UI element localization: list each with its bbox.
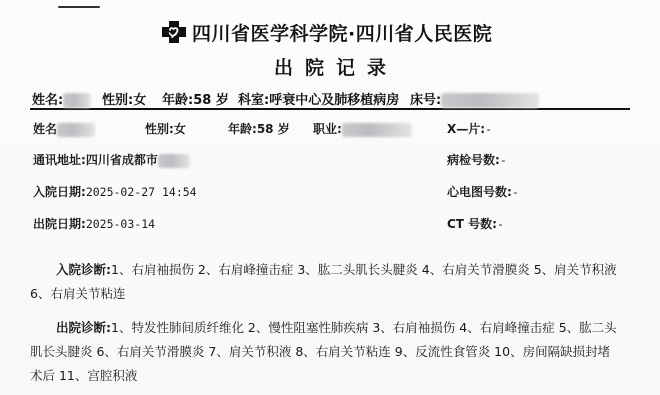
info-occupation: 职业:: [313, 120, 412, 137]
summary-name-label: 姓名:: [32, 93, 63, 108]
info-xray: X—片:-: [447, 120, 492, 137]
info-name: 姓名: [33, 120, 95, 137]
name-redacted: [57, 123, 95, 137]
discharge-diagnosis-text-1: 1、特发性肺间质纤维化 2、慢性阻塞性肺疾病 3、右肩袖损伤 4、右肩峰撞击症 …: [111, 320, 617, 335]
discharge-date-label: 出院日期:: [33, 217, 86, 231]
scan-mark: [58, 6, 100, 8]
admission-diagnosis-text-1: 1、右肩袖损伤 2、右肩峰撞击症 3、肱二头肌长头腱炎 4、右肩关节滑膜炎 5、…: [111, 262, 617, 277]
info-age: 年龄:58 岁: [228, 120, 290, 137]
summary-age-value: 58 岁: [193, 93, 229, 108]
info-gender: 性别:女: [145, 120, 186, 137]
pathology-value: -: [500, 153, 507, 167]
summary-bed-redacted: [441, 93, 539, 108]
discharge-diagnosis: 出院诊断:1、特发性肺间质纤维化 2、慢性阻塞性肺疾病 3、右肩袖损伤 4、右肩…: [30, 316, 636, 388]
document-title: 出院记录: [0, 53, 660, 80]
occupation-label: 职业:: [313, 122, 342, 136]
hospital-header: 四川省医学科学院·四川省人民医院: [162, 20, 492, 44]
summary-age: 年龄:58 岁: [162, 89, 229, 108]
age-value: 58 岁: [257, 122, 290, 136]
summary-bed-label: 床号:: [410, 93, 441, 108]
summary-gender-value: 女: [133, 93, 146, 108]
summary-bed: 床号:: [410, 89, 539, 108]
discharge-date-value: 2025-03-14: [86, 217, 155, 231]
summary-gender: 性别:女: [102, 89, 146, 108]
summary-age-label: 年龄:: [162, 93, 193, 108]
info-discharge-date: 出院日期:2025-03-14: [33, 215, 155, 232]
address-redacted: [158, 154, 190, 168]
name-label: 姓名: [33, 122, 57, 136]
admission-date-label: 入院日期:: [33, 185, 86, 199]
discharge-diagnosis-line-3: 术后 11、宫腔积液: [30, 364, 636, 388]
info-pathology: 病检号数:-: [447, 151, 507, 168]
discharge-record-page: 四川省医学科学院·四川省人民医院 出院记录 姓名: 性别:女 年龄:58 岁 科…: [0, 0, 660, 395]
admission-diagnosis: 入院诊断:1、右肩袖损伤 2、右肩峰撞击症 3、肱二头肌长头腱炎 4、右肩关节滑…: [30, 258, 636, 306]
address-label: 通讯地址:: [33, 153, 86, 167]
xray-value: -: [485, 122, 492, 136]
gender-value: 女: [174, 122, 186, 136]
info-ct: CT 号数:-: [447, 215, 504, 232]
discharge-diagnosis-line-2: 肌长头腱炎 6、右肩关节滑膜炎 7、肩关节积液 8、右肩关节粘连 9、反流性食管…: [30, 340, 636, 364]
info-address: 通讯地址:四川省成都市: [33, 151, 190, 168]
summary-name-redacted: [63, 93, 91, 108]
discharge-diagnosis-line-1: 出院诊断:1、特发性肺间质纤维化 2、慢性阻塞性肺疾病 3、右肩袖损伤 4、右肩…: [30, 316, 636, 340]
hospital-name: 四川省医学科学院·四川省人民医院: [192, 19, 492, 46]
gender-label: 性别:: [145, 122, 174, 136]
summary-name: 姓名:: [32, 89, 91, 108]
admission-diagnosis-line-1: 入院诊断:1、右肩袖损伤 2、右肩峰撞击症 3、肱二头肌长头腱炎 4、右肩关节滑…: [30, 258, 636, 282]
address-value: 四川省成都市: [86, 153, 158, 167]
admission-diagnosis-line-2: 6、右肩关节粘连: [30, 282, 636, 306]
age-label: 年龄:: [228, 122, 257, 136]
ct-value: -: [497, 217, 504, 231]
hospital-cross-logo-icon: [162, 21, 186, 43]
patient-summary-bar: 姓名: 性别:女 年龄:58 岁 科室:呼衰中心及肺移植病房 床号:: [30, 86, 630, 110]
summary-department: 科室:呼衰中心及肺移植病房: [238, 89, 399, 108]
occupation-redacted: [342, 123, 412, 137]
admission-date-value: 2025-02-27 14:54: [86, 185, 197, 199]
ct-label: CT 号数:: [447, 217, 497, 231]
xray-label: X—片:: [447, 122, 485, 136]
pathology-label: 病检号数:: [447, 153, 500, 167]
ecg-value: -: [512, 185, 519, 199]
summary-gender-label: 性别:: [102, 93, 133, 108]
summary-department-value: 呼衰中心及肺移植病房: [269, 93, 399, 108]
discharge-diagnosis-label: 出院诊断:: [56, 320, 111, 335]
ecg-label: 心电图号数:: [447, 185, 512, 199]
admission-diagnosis-label: 入院诊断:: [56, 262, 111, 277]
summary-department-label: 科室:: [238, 93, 269, 108]
info-ecg: 心电图号数:-: [447, 183, 519, 200]
info-admission-date: 入院日期:2025-02-27 14:54: [33, 183, 197, 200]
